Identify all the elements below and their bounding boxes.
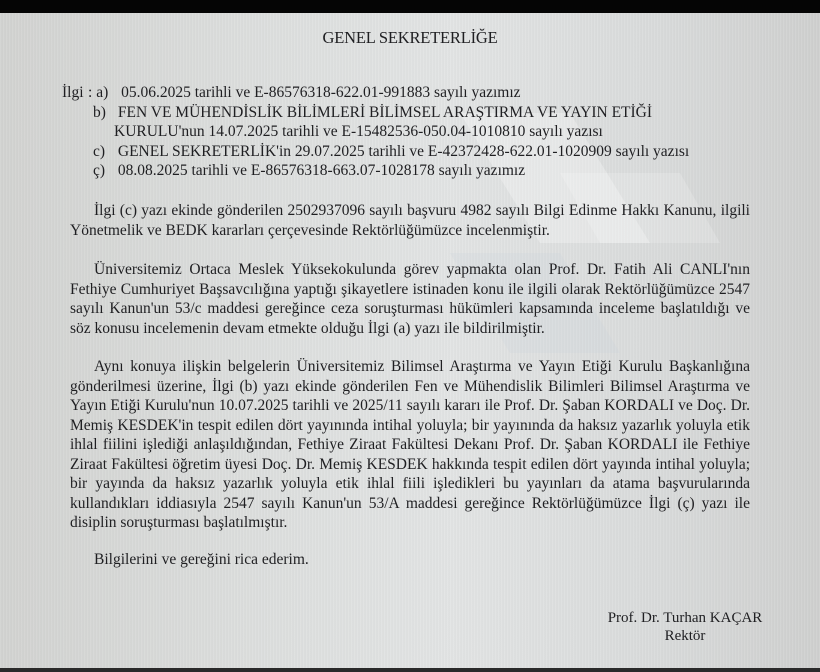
reference-item-c: c) GENEL SEKRETERLİK'in 29.07.2025 tarih… bbox=[93, 142, 689, 162]
reference-marker: a) bbox=[96, 83, 117, 103]
paragraph-application-review: İlgi (c) yazı ekinde gönderilen 25029370… bbox=[70, 201, 750, 240]
reference-item-b: b) FEN VE MÜHENDİSLİK BİLİMLERİ BİLİMSEL… bbox=[93, 103, 652, 123]
references-label: İlgi bbox=[62, 83, 84, 103]
document-page: GENEL SEKRETERLİĞE İlgi : a) 05.06.2025 … bbox=[0, 13, 820, 668]
reference-item-c-cedilla: ç) 08.08.2025 tarihli ve E-86576318-663.… bbox=[93, 161, 525, 181]
reference-text: FEN VE MÜHENDİSLİK BİLİMLERİ BİLİMSEL AR… bbox=[118, 104, 652, 121]
signatory-name: Prof. Dr. Turhan KAÇAR bbox=[560, 609, 810, 627]
photo-bottom-border bbox=[0, 668, 820, 672]
reference-text: GENEL SEKRETERLİK'in 29.07.2025 tarihli … bbox=[118, 143, 689, 160]
reference-text: 08.08.2025 tarihli ve E-86576318-663.07-… bbox=[118, 162, 525, 179]
photo-top-border bbox=[0, 0, 820, 13]
reference-item-a: : a) 05.06.2025 tarihli ve E-86576318-62… bbox=[88, 83, 521, 103]
reference-item-b-continued: KURULU'nun 14.07.2025 tarihli ve E-15482… bbox=[114, 122, 603, 142]
references-separator: : bbox=[88, 84, 92, 101]
reference-marker: c) bbox=[93, 142, 114, 162]
signatory-title: Rektör bbox=[560, 627, 810, 645]
paragraph-ethics-board-decision: Aynı konuya ilişkin belgelerin Üniversit… bbox=[70, 357, 750, 533]
signature-block: Prof. Dr. Turhan KAÇAR Rektör bbox=[560, 609, 810, 645]
closing-line: Bilgilerini ve gereğini rica ederim. bbox=[94, 551, 309, 569]
document-title: GENEL SEKRETERLİĞE bbox=[0, 28, 820, 48]
reference-marker: b) bbox=[93, 103, 114, 123]
reference-marker: ç) bbox=[93, 161, 114, 181]
paragraph-criminal-inquiry: Üniversitemiz Ortaca Meslek Yüksekokulun… bbox=[70, 260, 750, 338]
reference-text: KURULU'nun 14.07.2025 tarihli ve E-15482… bbox=[114, 123, 603, 140]
reference-text: 05.06.2025 tarihli ve E-86576318-622.01-… bbox=[121, 84, 521, 101]
